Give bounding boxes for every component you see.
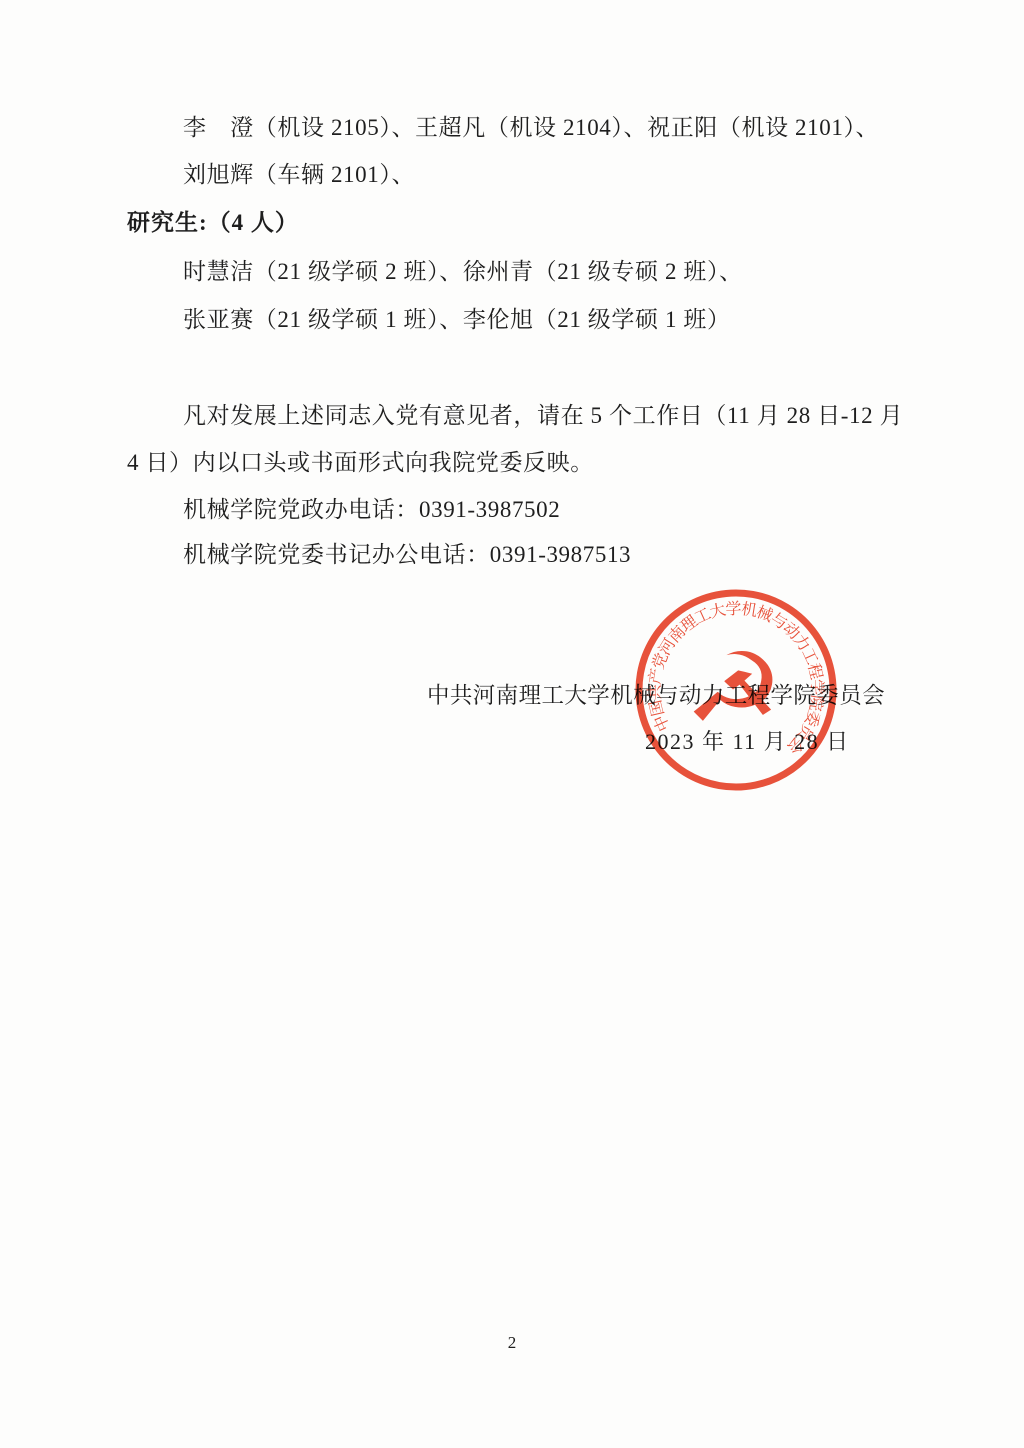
graduate-section-heading: 研究生:（4 人）: [127, 209, 299, 237]
undergrad-names-line-2: 刘旭辉（车辆 2101）、: [183, 161, 415, 189]
feedback-paragraph-line-1: 凡对发展上述同志入党有意见者，请在 5 个工作日（11 月 28 日-12 月: [183, 402, 903, 430]
document-page: 李 澄（机设 2105）、王超凡（机设 2104）、祝正阳（机设 2101）、 …: [0, 0, 1024, 1448]
feedback-paragraph-line-2: 4 日）内以口头或书面形式向我院党委反映。: [127, 449, 594, 477]
committee-signature: 中共河南理工大学机械与动力工程学院委员会: [427, 682, 885, 709]
page-number: 2: [0, 1333, 1024, 1353]
secretary-office-phone: 机械学院党委书记办公电话：0391-3987513: [183, 541, 631, 569]
graduate-names-line-2: 张亚赛（21 级学硕 1 班）、李伦旭（21 级学硕 1 班）: [183, 306, 731, 334]
graduate-names-line-1: 时慧洁（21 级学硕 2 班）、徐州青（21 级专硕 2 班）、: [183, 258, 743, 286]
party-office-phone: 机械学院党政办电话：0391-3987502: [183, 496, 560, 524]
signature-date: 2023 年 11 月 28 日: [645, 729, 850, 755]
undergrad-names-line-1: 李 澄（机设 2105）、王超凡（机设 2104）、祝正阳（机设 2101）、: [183, 114, 879, 142]
